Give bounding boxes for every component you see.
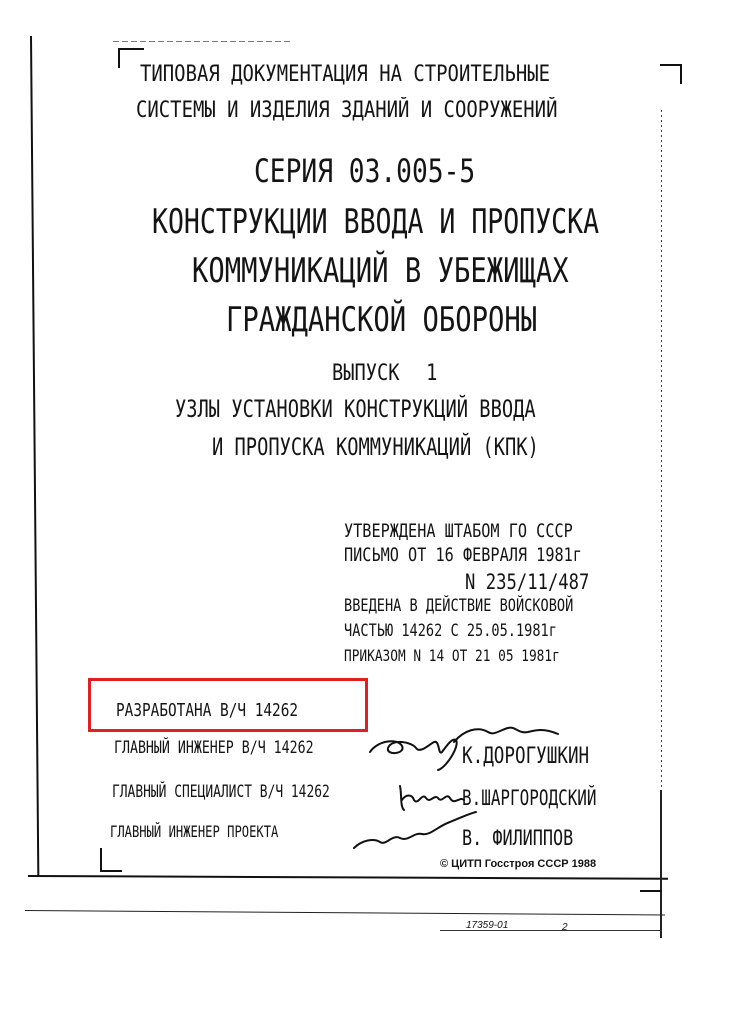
right-frame-line [660,790,662,938]
bottom-frame-line [28,875,668,880]
approval-line-3: N 235/11/487 [465,570,589,594]
series-number: СЕРИЯ 03.005-5 [254,152,475,190]
footer-number: 17359-01 [466,920,508,931]
developed-by: РАЗРАБОТАНА В/Ч 14262 [116,700,298,721]
signature-3 [350,804,480,854]
signatory-name-2: В.ШАРГОРОДСКИЙ [462,786,597,810]
issue-line-1: УЗЛЫ УСТАНОВКИ КОНСТРУКЦИЙ ВВОДА [175,395,536,423]
corner-mark-bottom-left [100,848,122,872]
header-line-2: СИСТЕМЫ И ИЗДЕЛИЯ ЗДАНИЙ И СООРУЖЕНИЙ [136,98,557,123]
corner-mark-bottom-right [640,890,662,892]
signatory-role-2: ГЛАВНЫЙ СПЕЦИАЛИСТ В/Ч 14262 [112,782,330,802]
title-line-2: КОММУНИКАЦИЙ В УБЕЖИЩАХ [192,251,569,291]
approval-line-6: ПРИКАЗОМ N 14 ОТ 21 05 1981г [344,646,560,665]
issue-line-2: И ПРОПУСКА КОММУНИКАЦИЙ (КПК) [212,433,539,461]
approval-line-2: ПИСЬМО ОТ 16 ФЕВРАЛЯ 1981г [344,544,582,566]
top-border-dashes [113,41,293,42]
corner-mark-top-right [660,64,682,84]
approval-line-1: УТВЕРЖДЕНА ШТАБОМ ГО СССР [344,520,573,542]
left-frame-line [30,36,39,876]
title-line-1: КОНСТРУКЦИИ ВВОДА И ПРОПУСКА [152,202,599,242]
signature-1 [368,712,568,772]
approval-line-5: ЧАСТЬЮ 14262 С 25.05.1981г [344,621,557,641]
page-number: 2 [562,922,568,933]
header-line-1: ТИПОВАЯ ДОКУМЕНТАЦИЯ НА СТРОИТЕЛЬНЫЕ [140,62,550,87]
title-line-3: ГРАЖДАНСКОЙ ОБОРОНЫ [226,300,537,340]
footer-line-top [25,910,665,915]
approval-line-4: ВВЕДЕНА В ДЕЙСТВИЕ ВОЙСКОВОЙ [344,596,573,616]
issue-label: ВЫПУСК 1 [332,361,437,386]
signatory-role-1: ГЛАВНЫЙ ИНЖЕНЕР В/Ч 14262 [114,738,314,758]
copyright: © ЦИТП Госстроя СССР 1988 [440,858,596,870]
signatory-role-3: ГЛАВНЫЙ ИНЖЕНЕР ПРОЕКТА [110,822,278,841]
